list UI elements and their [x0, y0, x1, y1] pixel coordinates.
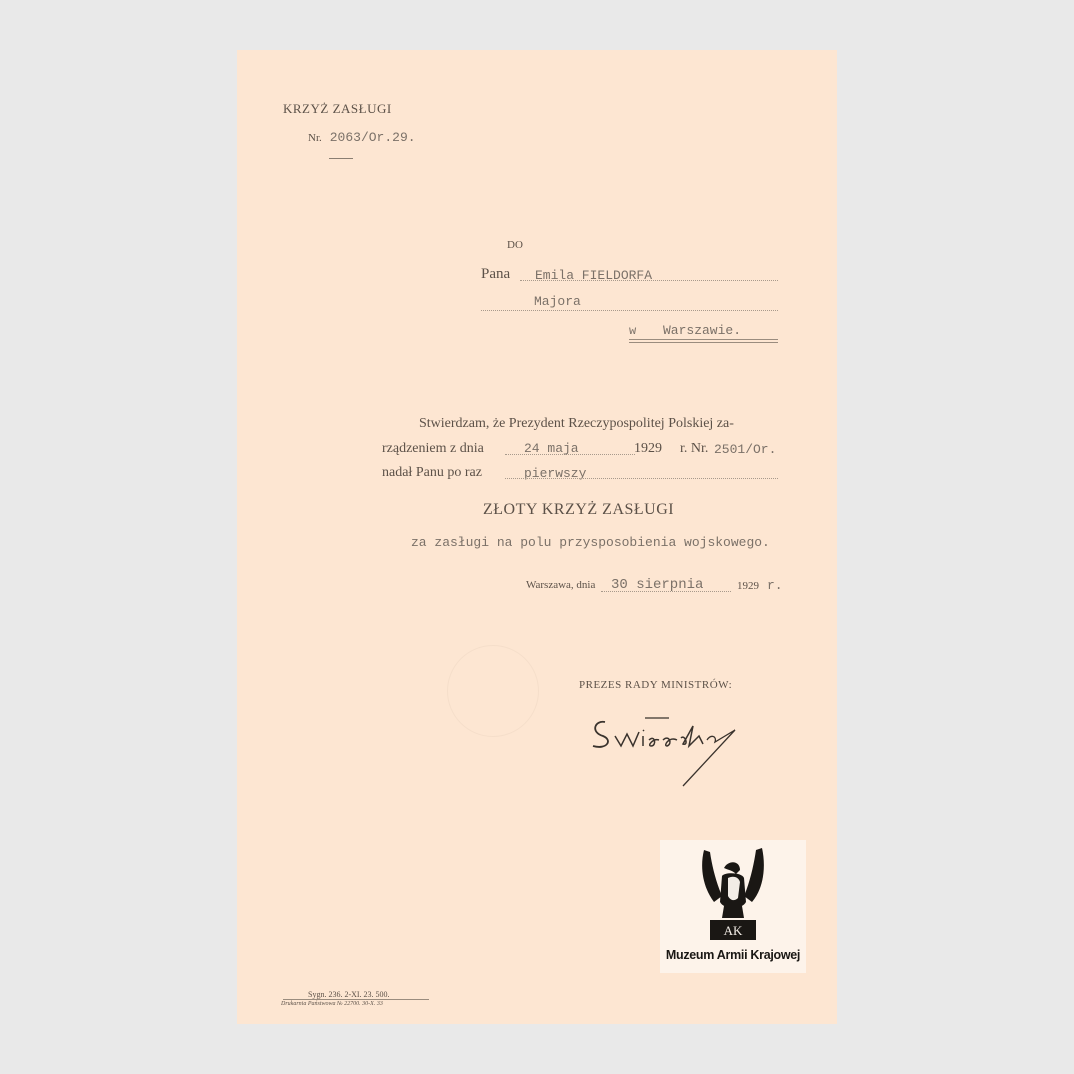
dateline-place: Warszawa, dnia — [526, 579, 595, 591]
name-line — [520, 280, 778, 281]
decree-date: 24 maja — [524, 441, 579, 456]
eagle-emblem-icon: AK — [698, 846, 768, 942]
pana-label: Pana — [481, 266, 510, 283]
city-line — [629, 339, 778, 340]
body-line-3-prefix: nadał Panu po raz — [382, 465, 482, 481]
dateline-year: 1929 — [737, 580, 759, 592]
footer-printer: Drukarnia Państwowa № 22700. 30-X. 33 — [281, 1001, 383, 1007]
decree-year: 1929 — [634, 441, 662, 457]
ak-letters: AK — [724, 923, 743, 938]
signatory-title: PREZES RADY MINISTRÓW: — [579, 679, 732, 691]
award-reason: za zasługi na polu przysposobienia wojsk… — [411, 535, 770, 550]
handwritten-signature — [585, 710, 750, 790]
decree-r-label: r. Nr. — [680, 441, 708, 457]
addressee-rank: Majora — [534, 294, 581, 309]
award-title: ZŁOTY KRZYŻ ZASŁUGI — [483, 501, 674, 519]
document-number: Nr. 2063/Or.29. — [308, 128, 416, 146]
dateline-line — [601, 591, 731, 592]
w-label: w — [629, 324, 636, 338]
dateline-r: r. — [767, 578, 783, 593]
nr-label: Nr. — [308, 132, 322, 144]
nr-value: 2063/Or.29. — [330, 130, 416, 145]
body-line-1: Stwierdzam, że Prezydent Rzeczypospolite… — [419, 416, 734, 432]
museum-caption: Muzeum Armii Krajowej — [660, 948, 806, 962]
divider — [329, 158, 353, 159]
body-line-2-prefix: rządzeniem z dnia — [382, 441, 484, 457]
rank-line — [481, 310, 778, 311]
museum-logo: AK Muzeum Armii Krajowej — [660, 840, 806, 973]
decree-nr: 2501/Or. — [714, 442, 776, 457]
document-page: KRZYŻ ZASŁUGI Nr. 2063/Or.29. DO Pana Em… — [237, 50, 837, 1024]
document-header-title: KRZYŻ ZASŁUGI — [283, 101, 392, 117]
city-line-2 — [629, 342, 778, 343]
addressee-city: Warszawie. — [663, 323, 741, 338]
footer-sygn: Sygn. 236. 2-XI. 23. 500. — [308, 990, 390, 999]
do-label: DO — [507, 239, 523, 251]
footer-rule — [283, 999, 429, 1000]
faint-seal — [447, 645, 539, 737]
times-line — [505, 478, 778, 479]
